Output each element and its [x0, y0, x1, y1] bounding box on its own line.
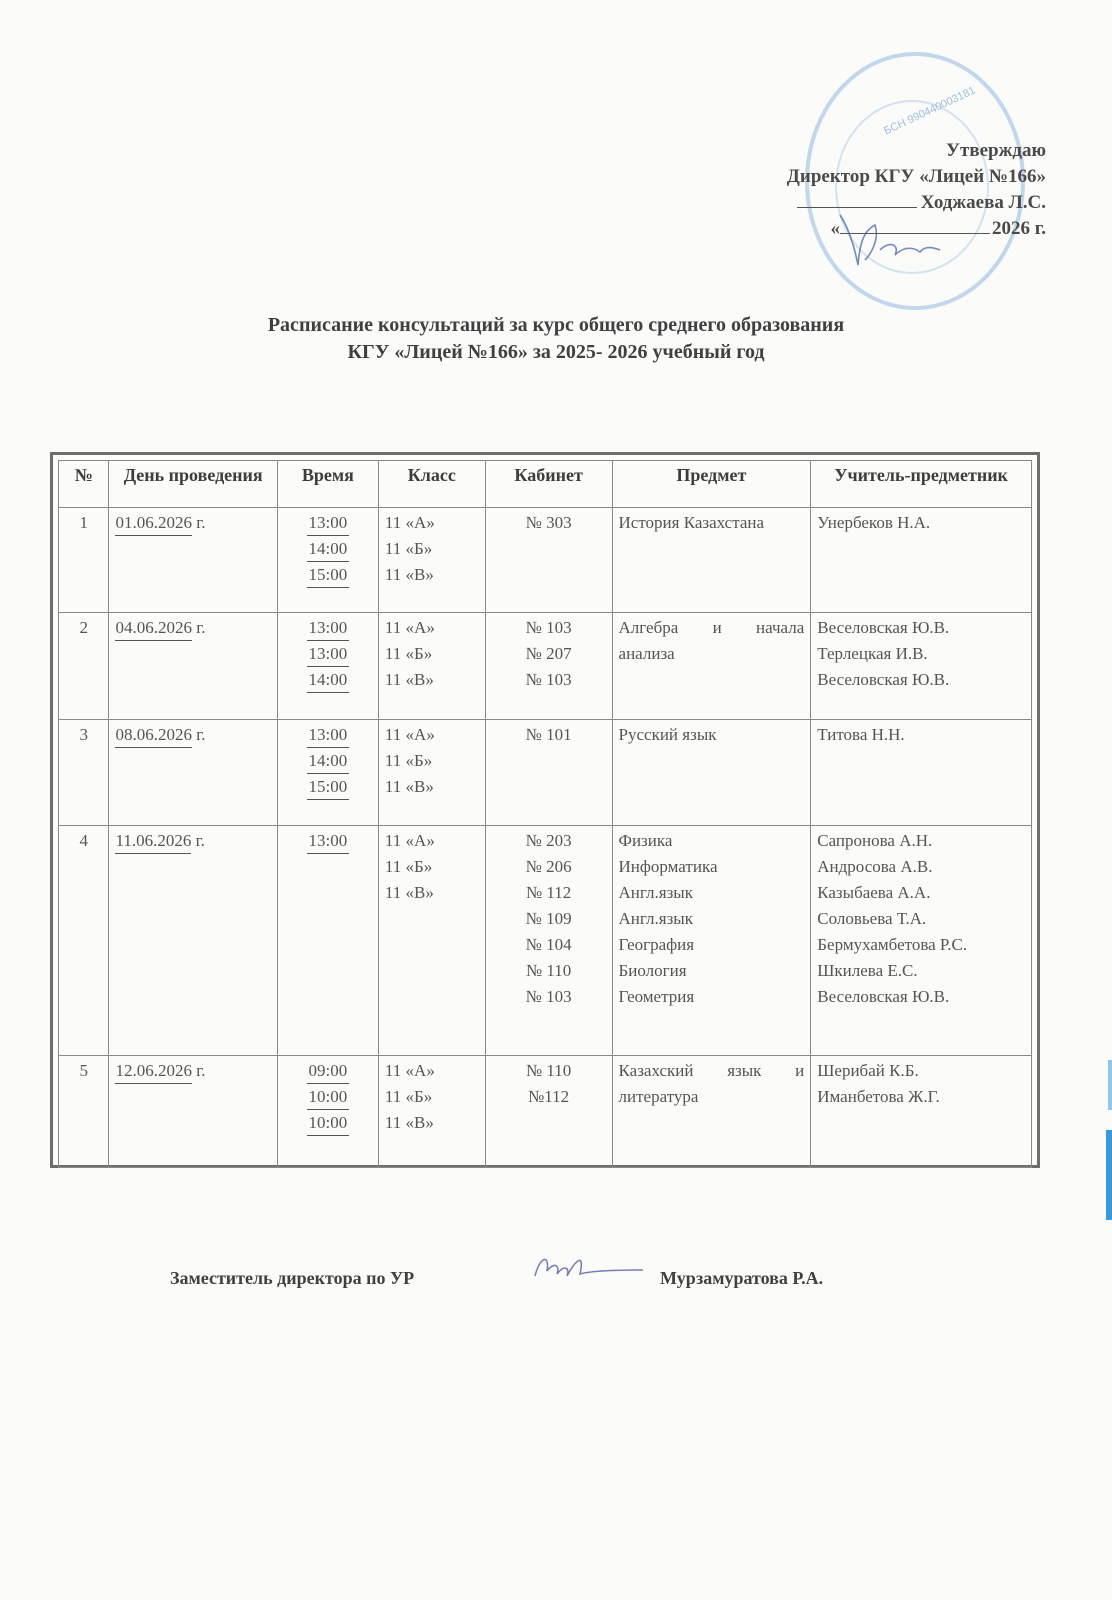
time-value: 13:00 — [307, 511, 350, 536]
room-value: № 104 — [492, 932, 606, 958]
subject-value: Биология — [619, 958, 805, 984]
subject-value: Информатика — [619, 854, 805, 880]
teacher-value: Шкилева Е.С. — [817, 958, 1025, 984]
cell-time: 09:0010:0010:00 — [277, 1056, 378, 1168]
approval-title: Утверждаю — [787, 138, 1046, 164]
cell-day: 11.06.2026 г. — [109, 826, 277, 1056]
room-value: № 112 — [492, 880, 606, 906]
date-value: 12.06.2026 — [115, 1059, 192, 1084]
cell-num: 3 — [59, 720, 109, 826]
room-value: № 203 — [492, 828, 606, 854]
cell-subject: ФизикаИнформатикаАнгл.языкАнгл.языкГеогр… — [612, 826, 811, 1056]
cell-class: 11 «А»11 «Б»11 «В» — [378, 1056, 485, 1168]
cell-time: 13:00 — [277, 826, 378, 1056]
cell-subject: Русский язык — [612, 720, 811, 826]
subject-value: Физика — [619, 828, 805, 854]
room-value: № 110 — [492, 1058, 606, 1084]
teacher-value: Веселовская Ю.В. — [817, 667, 1025, 693]
cell-num: 4 — [59, 826, 109, 1056]
date-suffix: г. — [192, 618, 206, 637]
room-value: № 101 — [492, 722, 606, 748]
teacher-value: Казыбаева А.А. — [817, 880, 1025, 906]
date-value: 08.06.2026 — [115, 723, 192, 748]
table-body: 101.06.2026 г.13:0014:0015:0011 «А»11 «Б… — [59, 508, 1032, 1168]
class-value: 11 «В» — [385, 1110, 479, 1136]
table-row: 512.06.2026 г.09:0010:0010:0011 «А»11 «Б… — [59, 1056, 1032, 1168]
cell-room: № 303 — [485, 508, 612, 613]
table-row: 411.06.2026 г.13:0011 «А»11 «Б»11 «В»№ 2… — [59, 826, 1032, 1056]
page-edge-mark — [1108, 1060, 1112, 1110]
header-day: День проведения — [109, 461, 277, 508]
cell-subject: Казахский язык и литература — [612, 1056, 811, 1168]
teacher-value: Соловьева Т.А. — [817, 906, 1025, 932]
schedule-table: № День проведения Время Класс Кабинет Пр… — [58, 460, 1032, 1168]
subject-value: История Казахстана — [619, 513, 765, 532]
date-line — [840, 233, 990, 234]
room-value: № 103 — [492, 984, 606, 1010]
time-value: 13:00 — [307, 829, 350, 854]
date-value: 01.06.2026 — [115, 511, 192, 536]
cell-subject: История Казахстана — [612, 508, 811, 613]
cell-class: 11 «А»11 «Б»11 «В» — [378, 720, 485, 826]
class-value: 11 «В» — [385, 880, 479, 906]
signature-line — [797, 207, 917, 208]
cell-teacher: Титова Н.Н. — [811, 720, 1032, 826]
class-value: 11 «Б» — [385, 641, 479, 667]
cell-class: 11 «А»11 «Б»11 «В» — [378, 826, 485, 1056]
cell-subject: Алгебра и начала анализа — [612, 613, 811, 720]
header-class: Класс — [378, 461, 485, 508]
header-room: Кабинет — [485, 461, 612, 508]
cell-room: № 203№ 206№ 112№ 109№ 104№ 110№ 103 — [485, 826, 612, 1056]
cell-room: № 103№ 207№ 103 — [485, 613, 612, 720]
approval-year: 2026 г. — [992, 218, 1046, 239]
cell-time: 13:0014:0015:00 — [277, 508, 378, 613]
class-value: 11 «Б» — [385, 748, 479, 774]
cell-teacher: Шерибай К.Б.Иманбетова Ж.Г. — [811, 1056, 1032, 1168]
subject-value: Геометрия — [619, 984, 805, 1010]
subject-value: География — [619, 932, 805, 958]
room-value: № 207 — [492, 641, 606, 667]
header-time: Время — [277, 461, 378, 508]
class-value: 11 «В» — [385, 562, 479, 588]
cell-num: 5 — [59, 1056, 109, 1168]
teacher-value: Иманбетова Ж.Г. — [817, 1084, 1025, 1110]
class-value: 11 «А» — [385, 1058, 479, 1084]
time-value: 13:00 — [307, 642, 350, 667]
teacher-value: Бермухамбетова Р.С. — [817, 932, 1025, 958]
room-value: № 303 — [492, 510, 606, 536]
header-teacher: Учитель-предметник — [811, 461, 1032, 508]
class-value: 11 «В» — [385, 774, 479, 800]
time-value: 15:00 — [307, 775, 350, 800]
cell-teacher: Веселовская Ю.В.Терлецкая И.В.Веселовска… — [811, 613, 1032, 720]
deputy-name: Мурзамуратова Р.А. — [660, 1268, 823, 1289]
date-suffix: г. — [192, 1061, 206, 1080]
teacher-value: Веселовская Ю.В. — [817, 984, 1025, 1010]
room-value: № 103 — [492, 667, 606, 693]
cell-day: 04.06.2026 г. — [109, 613, 277, 720]
stamp-text: БСН 990440003181 — [882, 85, 977, 138]
cell-room: № 101 — [485, 720, 612, 826]
cell-teacher: Сапронова А.Н.Андросова А.В.Казыбаева А.… — [811, 826, 1032, 1056]
cell-room: № 110№112 — [485, 1056, 612, 1168]
class-value: 11 «Б» — [385, 854, 479, 880]
approval-signer-name: Ходжаева Л.С. — [921, 192, 1046, 213]
deputy-signature — [525, 1246, 645, 1286]
teacher-value: Андросова А.В. — [817, 854, 1025, 880]
cell-day: 01.06.2026 г. — [109, 508, 277, 613]
room-value: № 103 — [492, 615, 606, 641]
subject-value: Англ.язык — [619, 906, 805, 932]
subject-value: Русский язык — [619, 725, 717, 744]
table-header-row: № День проведения Время Класс Кабинет Пр… — [59, 461, 1032, 508]
time-value: 09:00 — [307, 1059, 350, 1084]
time-value: 13:00 — [307, 723, 350, 748]
teacher-value: Сапронова А.Н. — [817, 828, 1025, 854]
time-value: 15:00 — [307, 563, 350, 588]
class-value: 11 «А» — [385, 510, 479, 536]
header-num: № — [59, 461, 109, 508]
class-value: 11 «А» — [385, 828, 479, 854]
cell-teacher: Унербеков Н.А. — [811, 508, 1032, 613]
cell-day: 12.06.2026 г. — [109, 1056, 277, 1168]
time-value: 14:00 — [307, 668, 350, 693]
time-value: 13:00 — [307, 616, 350, 641]
time-value: 10:00 — [307, 1111, 350, 1136]
approval-position: Директор КГУ «Лицей №166» — [787, 164, 1046, 190]
cell-class: 11 «А»11 «Б»11 «В» — [378, 613, 485, 720]
table-row: 308.06.2026 г.13:0014:0015:0011 «А»11 «Б… — [59, 720, 1032, 826]
room-value: № 206 — [492, 854, 606, 880]
subject-value: Алгебра и начала анализа — [619, 618, 805, 663]
teacher-value: Терлецкая И.В. — [817, 641, 1025, 667]
cell-time: 13:0014:0015:00 — [277, 720, 378, 826]
date-value: 11.06.2026 — [115, 829, 191, 854]
cell-num: 2 — [59, 613, 109, 720]
approval-date: «2026 г. — [787, 216, 1046, 242]
room-value: № 109 — [492, 906, 606, 932]
teacher-value: Шерибай К.Б. — [817, 1058, 1025, 1084]
table-row: 204.06.2026 г.13:0013:0014:0011 «А»11 «Б… — [59, 613, 1032, 720]
class-value: 11 «А» — [385, 615, 479, 641]
header-subject: Предмет — [612, 461, 811, 508]
room-value: №112 — [492, 1084, 606, 1110]
time-value: 10:00 — [307, 1085, 350, 1110]
approval-signer: Ходжаева Л.С. — [787, 190, 1046, 216]
time-value: 14:00 — [307, 537, 350, 562]
class-value: 11 «В» — [385, 667, 479, 693]
cell-class: 11 «А»11 «Б»11 «В» — [378, 508, 485, 613]
title-line-2: КГУ «Лицей №166» за 2025- 2026 учебный г… — [0, 339, 1112, 366]
date-quote: « — [831, 218, 841, 239]
teacher-value: Веселовская Ю.В. — [817, 615, 1025, 641]
cell-time: 13:0013:0014:00 — [277, 613, 378, 720]
deputy-role: Заместитель директора по УР — [170, 1268, 414, 1289]
date-value: 04.06.2026 — [115, 616, 192, 641]
room-value: № 110 — [492, 958, 606, 984]
cell-day: 08.06.2026 г. — [109, 720, 277, 826]
date-suffix: г. — [192, 725, 206, 744]
approval-block: Утверждаю Директор КГУ «Лицей №166» Ходж… — [787, 138, 1046, 242]
date-suffix: г. — [191, 831, 205, 850]
class-value: 11 «Б» — [385, 536, 479, 562]
document-title: Расписание консультаций за курс общего с… — [0, 312, 1112, 366]
cell-num: 1 — [59, 508, 109, 613]
page-edge-mark — [1106, 1130, 1112, 1220]
class-value: 11 «Б» — [385, 1084, 479, 1110]
teacher-value: Унербеков Н.А. — [817, 510, 1025, 536]
date-suffix: г. — [192, 513, 206, 532]
time-value: 14:00 — [307, 749, 350, 774]
subject-value: Казахский язык и литература — [619, 1061, 805, 1106]
table-row: 101.06.2026 г.13:0014:0015:0011 «А»11 «Б… — [59, 508, 1032, 613]
title-line-1: Расписание консультаций за курс общего с… — [0, 312, 1112, 339]
class-value: 11 «А» — [385, 722, 479, 748]
subject-value: Англ.язык — [619, 880, 805, 906]
teacher-value: Титова Н.Н. — [817, 722, 1025, 748]
